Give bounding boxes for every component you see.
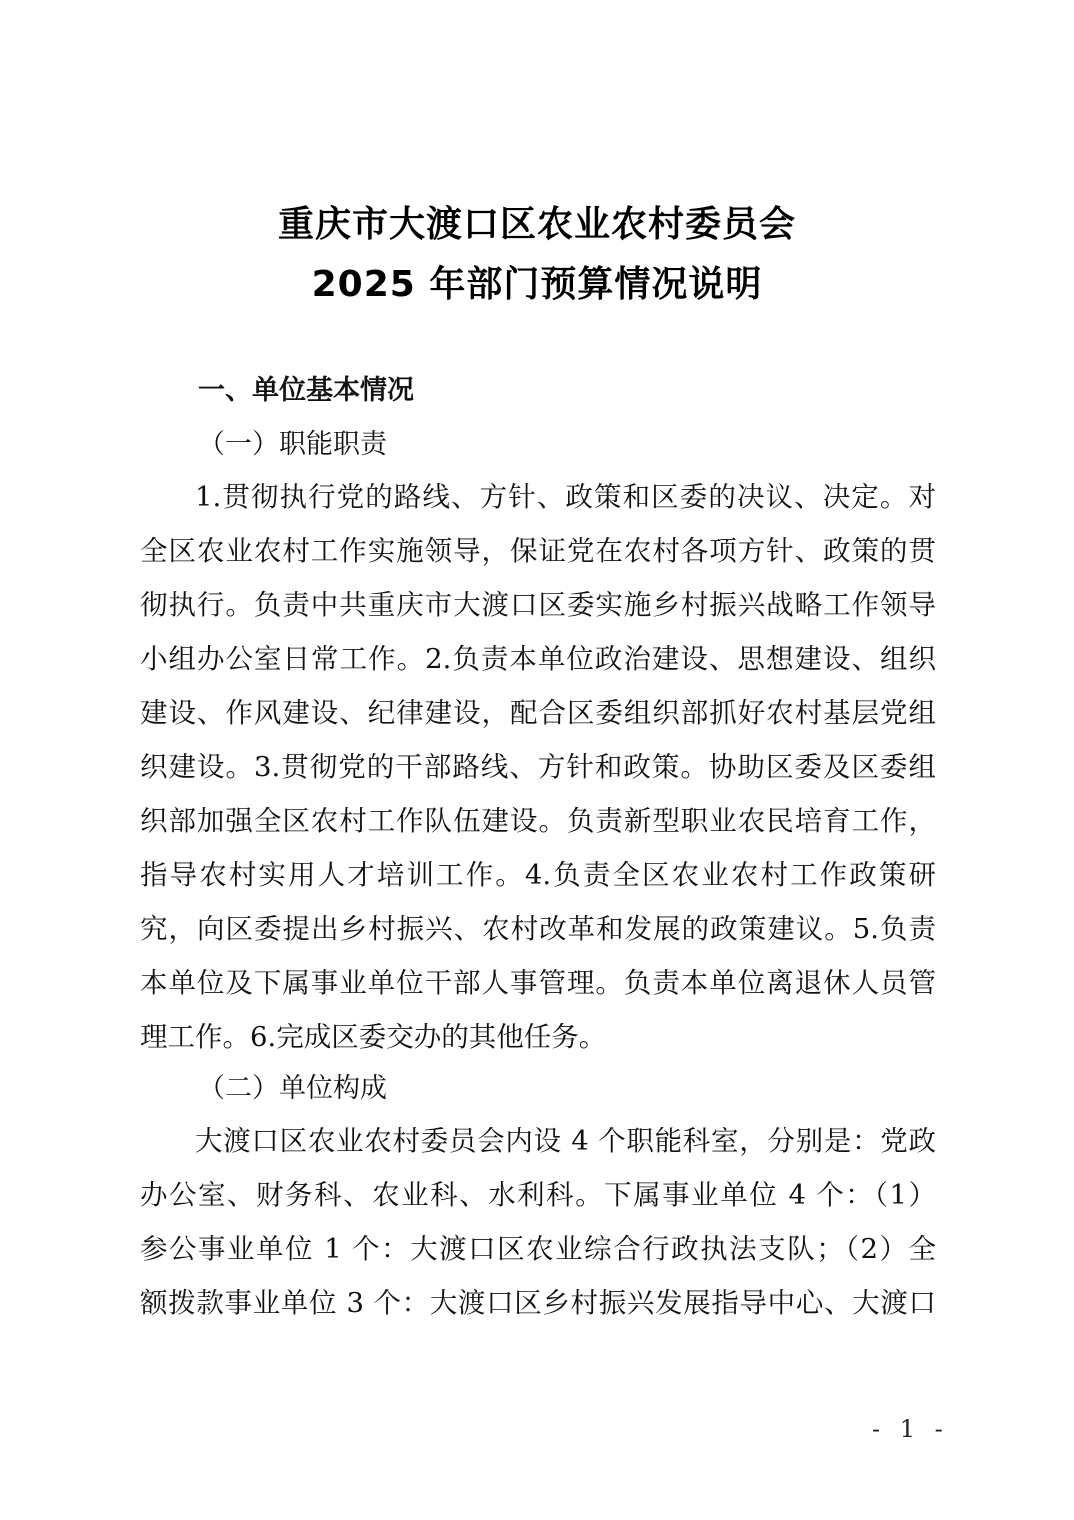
subsection-heading-duties: （一）职能职责: [198, 428, 994, 462]
paragraph-line: 办公室、财务科、农业科、水利科。下属事业单位 4 个：（1）: [140, 1178, 936, 1212]
page-number: - 1 -: [872, 1415, 949, 1443]
paragraph-line: 建设、作风建设、纪律建设，配合区委组织部抓好农村基层党组: [140, 696, 936, 730]
document-title-line1: 重庆市大渡口区农业农村委员会: [0, 196, 1074, 247]
paragraph-line: 本单位及下属事业单位干部人事管理。负责本单位离退休人员管: [140, 966, 936, 1000]
paragraph-line: 参公事业单位 1 个：大渡口区农业综合行政执法支队；（2）全: [140, 1232, 936, 1266]
paragraph-line: 大渡口区农业农村委员会内设 4 个职能科室，分别是：党政: [195, 1124, 936, 1158]
paragraph-line: 指导农村实用人才培训工作。4.负责全区农业农村工作政策研: [140, 858, 936, 892]
paragraph-line: 额拨款事业单位 3 个：大渡口区乡村振兴发展指导中心、大渡口: [140, 1286, 936, 1320]
paragraph-line: 理工作。6.完成区委交办的其他任务。: [140, 1020, 936, 1054]
section-heading-basic-info: 一、单位基本情况: [198, 374, 994, 408]
paragraph-line: 织建设。3.贯彻党的干部路线、方针和政策。协助区委及区委组: [140, 750, 936, 784]
paragraph-line: 1.贯彻执行党的路线、方针、政策和区委的决议、决定。对: [195, 480, 936, 514]
paragraph-line: 究，向区委提出乡村振兴、农村改革和发展的政策建议。5.负责: [140, 912, 936, 946]
subsection-heading-structure: （二）单位构成: [198, 1072, 994, 1106]
paragraph-line: 小组办公室日常工作。2.负责本单位政治建设、思想建设、组织: [140, 642, 936, 676]
paragraph-line: 织部加强全区农村工作队伍建设。负责新型职业农民培育工作，: [140, 804, 936, 838]
document-title-line2: 2025 年部门预算情况说明: [0, 256, 1074, 307]
paragraph-line: 彻执行。负责中共重庆市大渡口区委实施乡村振兴战略工作领导: [140, 588, 936, 622]
paragraph-line: 全区农业农村工作实施领导，保证党在农村各项方针、政策的贯: [140, 534, 936, 568]
